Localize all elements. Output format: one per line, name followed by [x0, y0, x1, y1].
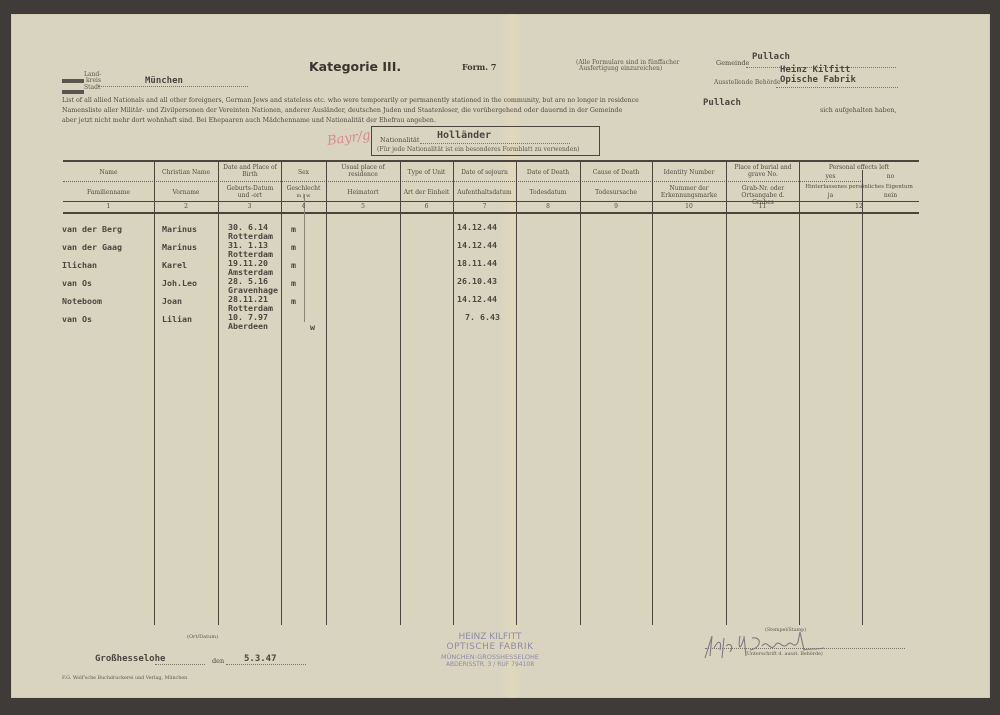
behoerde-value-1: Heinz Kilfitt: [780, 65, 850, 75]
col-header-sub-4: m | w: [281, 193, 326, 200]
printer-imprint: F.G. Wolf'sche Buchdruckerei und Verlag,…: [62, 676, 187, 681]
col-header-no-12: no: [862, 173, 919, 180]
cell-name: van der Berg: [62, 225, 122, 234]
col-num-11: 11: [726, 203, 799, 210]
col-header-en-2: Christian Name: [154, 169, 218, 176]
stamp-line-1: HEINZ KILFITT: [430, 632, 550, 642]
col-header-de-7: Aufenthaltsdatum: [453, 189, 516, 196]
cell-vorname: Lilian: [162, 315, 192, 324]
cell-sojourn: 26.10.43: [457, 277, 497, 286]
col-line: [154, 160, 155, 625]
col-header-en-12: Personal effects left: [799, 164, 919, 171]
col-header-en-3: Date and Place of Birth: [222, 164, 278, 178]
kreis-line: [98, 86, 248, 87]
col-num-5: 5: [326, 203, 400, 210]
col-line: [281, 160, 282, 625]
redacted-stadt-2: [62, 90, 84, 94]
col-header-nein-12: nein: [862, 192, 919, 199]
cell-sojourn: 14.12.44: [457, 223, 497, 232]
col-line-yes-no: [862, 170, 863, 625]
form-label: Form. 7: [462, 62, 496, 72]
col-header-de-1: Familienname: [63, 189, 154, 196]
col-header-de-12: Hinterlassenes persönliches Eigentum: [799, 184, 919, 191]
col-num-12: 12: [799, 203, 919, 210]
cell-name: van Os: [62, 279, 92, 288]
cell-name: Ilichan: [62, 261, 97, 270]
col-num-7: 7: [453, 203, 516, 210]
col-header-en-7: Date of sojourn: [453, 169, 516, 176]
gemeinde-value: Pullach: [752, 52, 790, 62]
stamp-line-3: MÜNCHEN-GROSSHESSELOHE: [430, 653, 550, 661]
col-header-en-9: Cause of Death: [580, 169, 652, 176]
nationality-label: Nationalität: [380, 136, 420, 144]
col-line: [218, 160, 219, 625]
footer-place: Großhesselohe: [95, 654, 165, 664]
gemeinde-label: Gemeinde: [716, 59, 749, 67]
col-header-de-5: Heimatort: [326, 189, 400, 196]
behoerde-label: Ausstellende Behörde: [714, 79, 781, 86]
stamp-line-4: ABDERISSTR. 3 / RUF 794108: [430, 661, 550, 668]
stamp-line-2: OPTISCHE FABRIK: [430, 642, 550, 652]
kreis-label: kreis: [86, 77, 101, 84]
intro-line-3: aber jetzt nicht mehr dort wohnhaft sind…: [62, 116, 436, 126]
intro-line-2-end: sich aufgehalten haben,: [820, 106, 897, 116]
cell-sex-m: m: [291, 243, 296, 252]
cell-sex-w: w: [310, 323, 315, 332]
table-top-rule: [63, 160, 919, 162]
handwritten-signature: [700, 628, 850, 663]
intro-place: Pullach: [703, 98, 741, 108]
col-num-2: 2: [154, 203, 218, 210]
col-header-en-5: Usual place of residence: [330, 164, 396, 178]
col-line: [400, 160, 401, 625]
cell-vorname: Joh.Leo: [162, 279, 197, 288]
intro-line-1: List of all allied Nationals and all oth…: [62, 96, 639, 106]
colnum-bottom-rule: [63, 212, 919, 214]
ort-datum-label: (Ort/Datum): [187, 634, 218, 640]
nationality-value: Holländer: [437, 130, 491, 141]
col-line: [326, 160, 327, 625]
cell-name: van Os: [62, 315, 92, 324]
col-header-de-10: Nummer der Erkennungsmarke: [658, 185, 720, 199]
col-num-8: 8: [516, 203, 580, 210]
nationality-line: [420, 143, 570, 144]
behoerde-value-2: Opische Fabrik: [780, 75, 856, 85]
footer-date: 5.3.47: [244, 654, 277, 664]
paper-fold: [501, 14, 523, 698]
col-header-en-6: Type of Unit: [400, 169, 453, 176]
col-line: [516, 160, 517, 625]
col-header-de-8: Todesdatum: [516, 189, 580, 196]
col-line: [453, 160, 454, 625]
place-line: [155, 664, 205, 665]
intro-line-2: Namensliste aller Militär- und Zivilpers…: [62, 106, 622, 116]
cell-sex-m: m: [291, 261, 296, 270]
cell-birth-place: Aberdeen: [228, 322, 268, 331]
col-header-de-2: Vorname: [154, 189, 218, 196]
col-header-de-9: Todesursache: [580, 189, 652, 196]
col-num-10: 10: [652, 203, 726, 210]
col-header-en-8: Date of Death: [516, 169, 580, 176]
cell-vorname: Marinus: [162, 243, 197, 252]
col-num-1: 1: [63, 203, 154, 210]
col-header-yes-12: yes: [799, 173, 862, 180]
cell-sojourn: 14.12.44: [457, 295, 497, 304]
cell-vorname: Karel: [162, 261, 187, 270]
col-line: [652, 160, 653, 625]
col-header-de-3: Geburts-Datum und -ort: [222, 185, 278, 199]
cell-sex-m: m: [291, 279, 296, 288]
col-header-ja-12: ja: [799, 192, 862, 199]
nationality-box: Nationalität Holländer (Für jede Nationa…: [371, 126, 600, 156]
den-label: den: [212, 657, 224, 665]
col-line: [580, 160, 581, 625]
col-header-de-6: Art der Einheit: [400, 189, 453, 196]
col-header-en-10: Identity Number: [652, 169, 726, 176]
behoerde-line: [776, 87, 898, 88]
form-note: (Alle Formulare sind in fünffacher Ausfe…: [576, 60, 679, 72]
kreis-value: München: [145, 76, 183, 86]
category-title: Kategorie III.: [309, 59, 401, 74]
date-line: [226, 664, 306, 665]
cell-sex-m: m: [291, 225, 296, 234]
col-header-de-4: Geschlecht: [281, 185, 326, 192]
header-mid-dotted: [63, 181, 861, 182]
col-num-9: 9: [580, 203, 652, 210]
col-header-en-1: Name: [63, 169, 154, 176]
col-header-en-11: Place of burial and grave No.: [730, 164, 796, 178]
cell-sojourn: 14.12.44: [457, 241, 497, 250]
redacted-stadt: [62, 79, 84, 83]
col-num-3: 3: [218, 203, 281, 210]
nationality-note: (Für jede Nationalität ist ein besondere…: [377, 146, 579, 153]
cell-name: van der Gaag: [62, 243, 122, 252]
col-num-4: 4: [281, 203, 326, 210]
cell-sojourn: 7. 6.43: [465, 313, 500, 322]
cell-sex-m: m: [291, 297, 296, 306]
cell-vorname: Marinus: [162, 225, 197, 234]
col-line: [799, 160, 800, 625]
sex-subcol-line: [304, 194, 305, 322]
col-header-en-4: Sex: [281, 169, 326, 176]
form-note-line2: Ausfertigung einzureichen): [576, 66, 679, 72]
col-line: [726, 160, 727, 625]
cell-name: Noteboom: [62, 297, 102, 306]
col-num-6: 6: [400, 203, 453, 210]
cell-vorname: Joan: [162, 297, 182, 306]
cell-sojourn: 18.11.44: [457, 259, 497, 268]
